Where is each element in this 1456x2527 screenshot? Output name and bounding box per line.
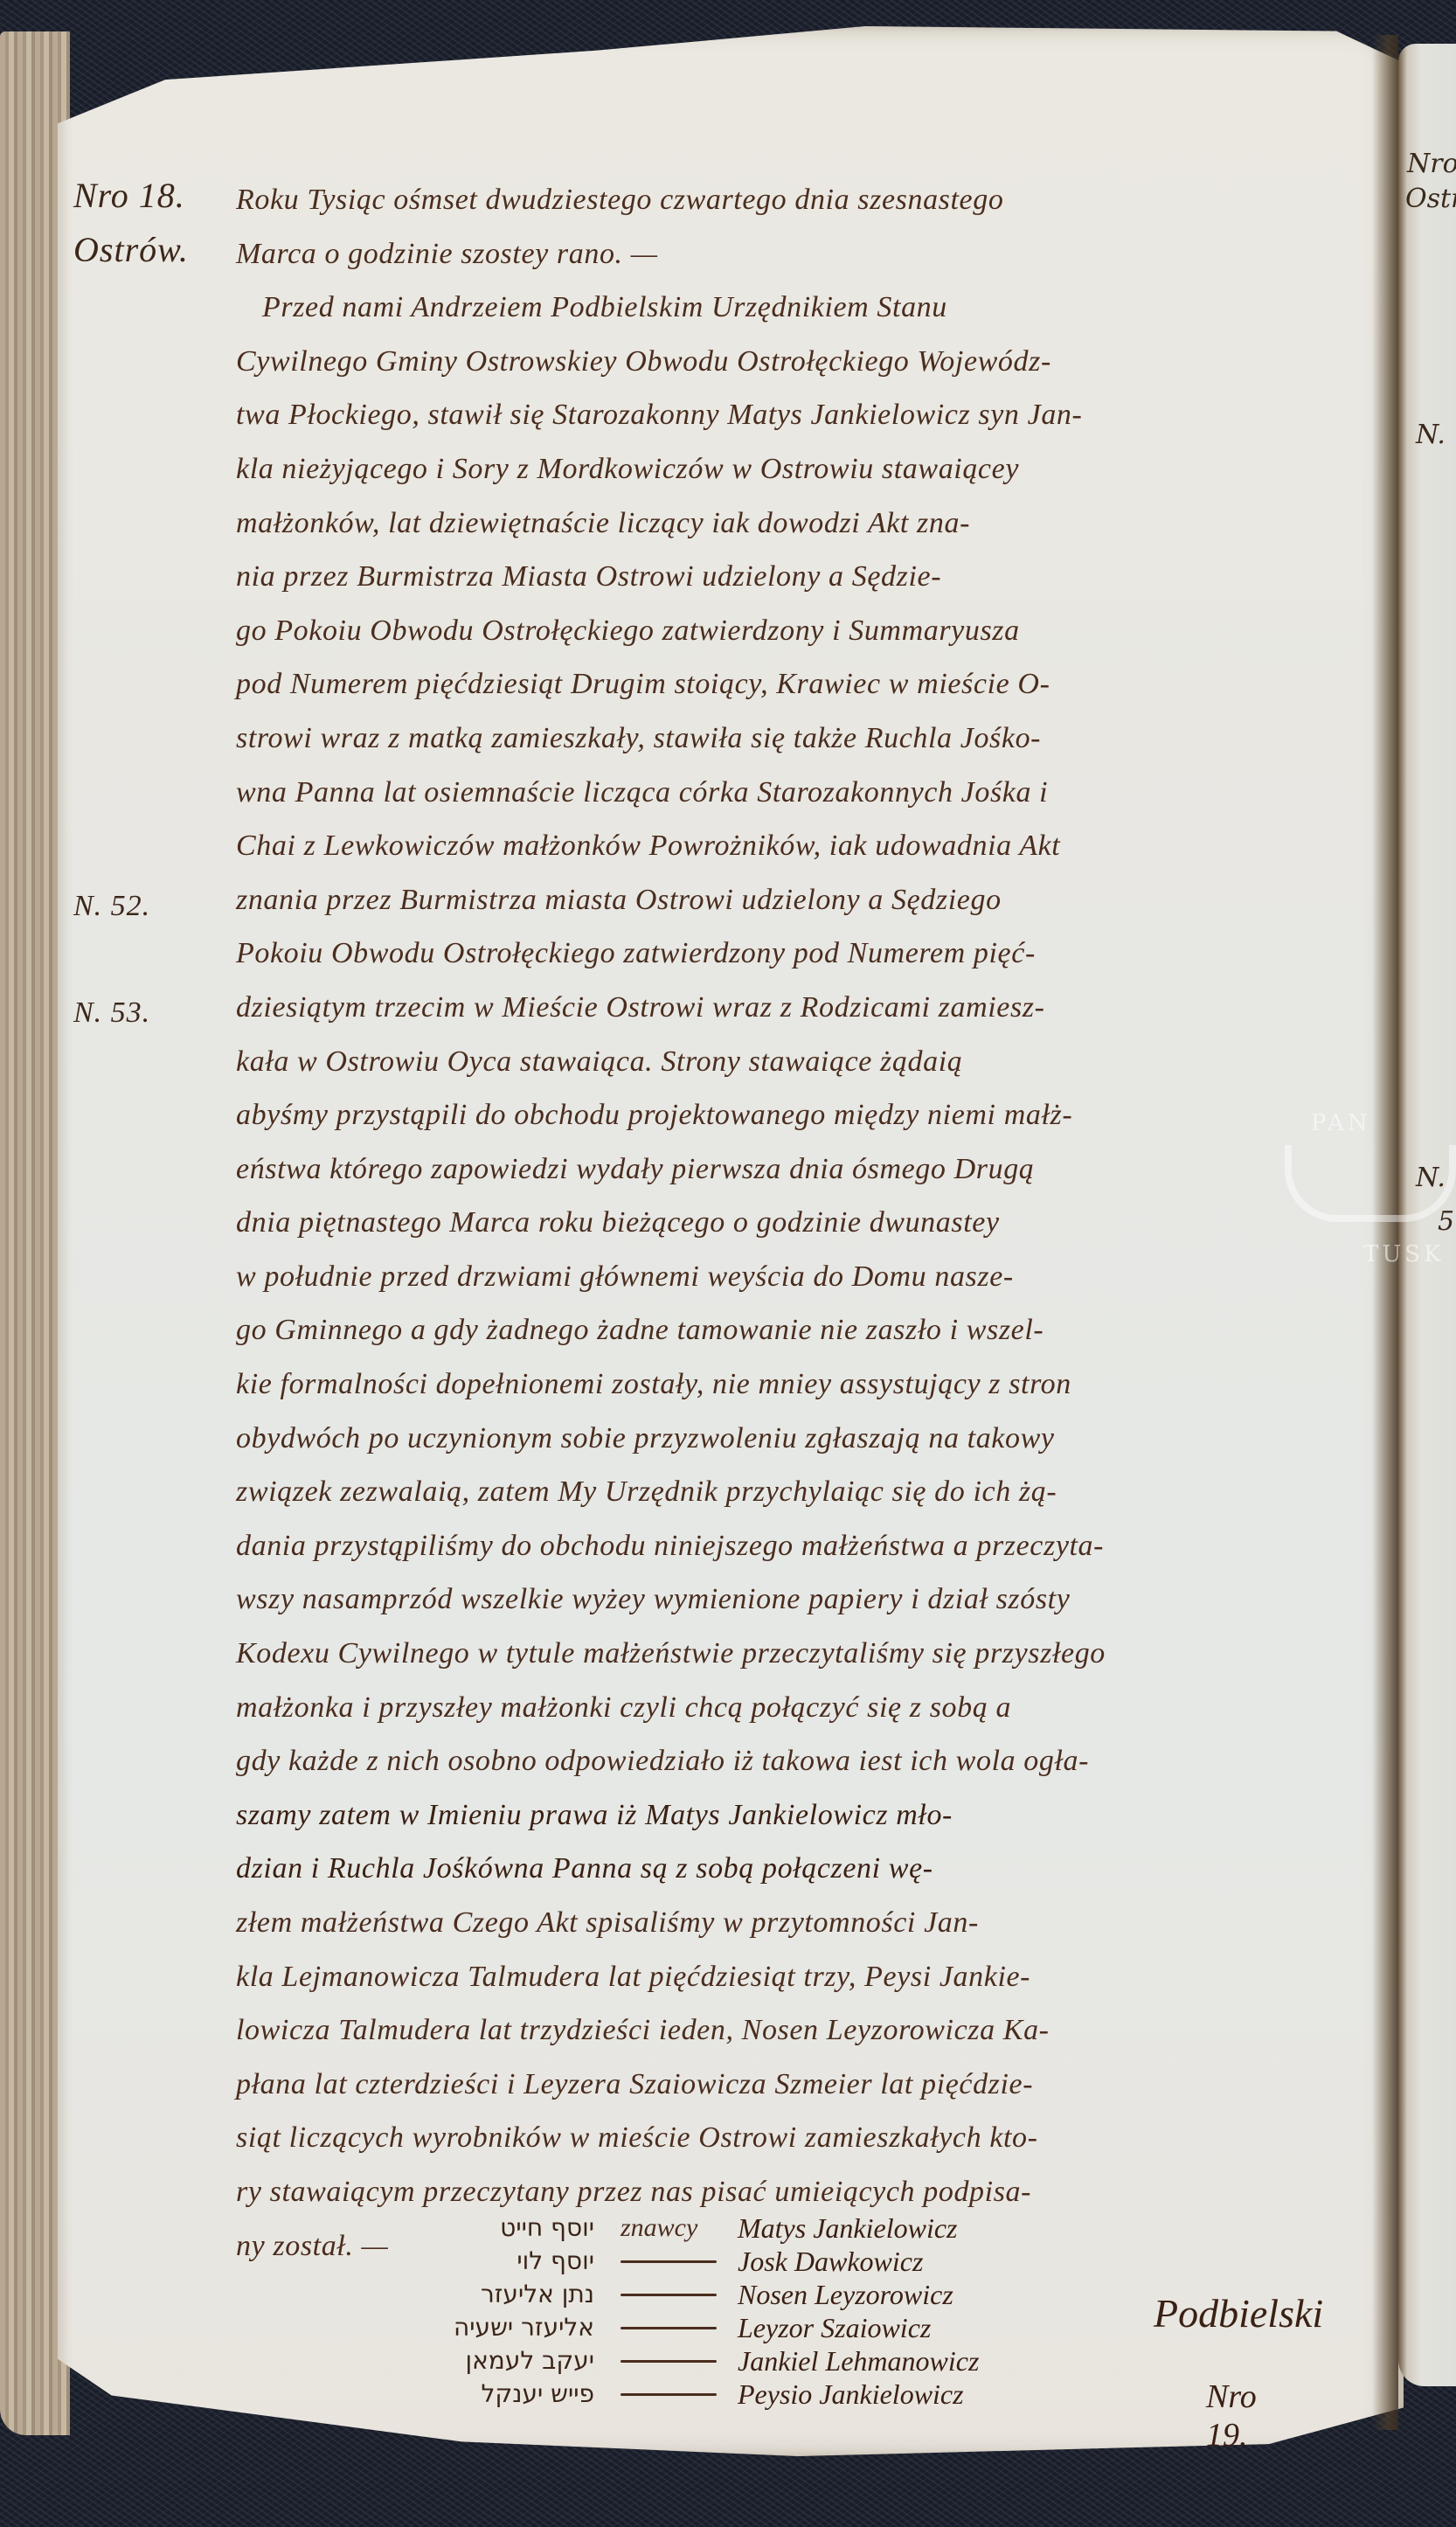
text-line: wna Panna lat osiemnaście licząca córka … (236, 766, 1381, 820)
signature-dash (621, 2327, 717, 2329)
archive-watermark: PAN TUSK (1285, 1110, 1456, 1285)
text-line: złem małżeństwa Czego Akt spisaliśmy w p… (236, 1896, 1381, 1950)
text-line: kla nieżyjącego i Sory z Mordkowiczów w … (236, 442, 1381, 496)
official-signature: Podbielski (1154, 2290, 1323, 2336)
text-line: małżonków, lat dziewiętnaście liczący ia… (236, 496, 1381, 551)
signature-row: Peysio Jankielowicz (621, 2378, 1110, 2411)
text-line: kie formalności dopełnionemi zostały, ni… (236, 1357, 1381, 1412)
hebrew-signature: נתן אליעזר (419, 2278, 594, 2311)
text-line: gdy każde z nich osobno odpowiedziało iż… (236, 1734, 1381, 1788)
text-line: eństwa którego zapowiedzi wydały pierwsz… (236, 1142, 1381, 1197)
text-line: dziesiątym trzecim w Mieście Ostrowi wra… (236, 981, 1381, 1035)
adjacent-page-note: Ostr (1405, 184, 1456, 214)
text-line: Pokoiu Obwodu Ostrołęckiego zatwierdzony… (236, 927, 1381, 981)
signature-row: Nosen Leyzorowicz (621, 2278, 1110, 2311)
text-line: abyśmy przystąpili do obchodu projektowa… (236, 1088, 1381, 1142)
text-line: lowicza Talmudera lat trzydzieści ieden,… (236, 2003, 1381, 2058)
hebrew-signature: פייש יענקל (419, 2378, 594, 2411)
text-line-emphasized: dzian i Ruchla Jośkówna Panna są z sobą … (236, 1842, 1381, 1896)
text-line: nia przez Burmistrza Miasta Ostrowi udzi… (236, 550, 1381, 604)
adjacent-page-note: N. (1416, 420, 1446, 450)
signature-dash (621, 2294, 717, 2296)
text-line: znania przez Burmistrza miasta Ostrowi u… (236, 873, 1381, 927)
reference-number: N. 53. (73, 996, 150, 1030)
signature-name: Jankiel Lehmanowicz (738, 2345, 979, 2378)
text-line: kała w Ostrowiu Oyca stawaiąca. Strony s… (236, 1035, 1381, 1089)
text-line: twa Płockiego, stawił się Starozakonny M… (236, 388, 1381, 442)
signature-dash (621, 2260, 717, 2263)
text-line: dania przystąpiliśmy do obchodu niniejsz… (236, 1519, 1381, 1573)
signature-name: Nosen Leyzorowicz (738, 2279, 953, 2311)
signature-dash (621, 2360, 717, 2363)
text-line: go Gminnego a gdy żadnego żadne tamowani… (236, 1303, 1381, 1357)
text-line: Kodexu Cywilnego w tytule małżeństwie pr… (236, 1627, 1381, 1681)
text-line: strowi wraz z matką zamieszkały, stawiła… (236, 712, 1381, 766)
text-line: Przed nami Andrzeiem Podbielskim Urzędni… (236, 281, 1381, 335)
text-line: go Pokoiu Obwodu Ostrołęckiego zatwierdz… (236, 604, 1381, 658)
text-line: Marca o godzinie szostey rano. — (236, 227, 1381, 281)
watermark-text: TUSK (1363, 1241, 1445, 1267)
text-line: płana lat czterdzieści i Leyzera Szaiowi… (236, 2058, 1381, 2112)
signature-name: Josk Dawkowicz (738, 2246, 923, 2278)
signature-row: Leyzor Szaiowicz (621, 2311, 1110, 2344)
signature-row: Josk Dawkowicz (621, 2245, 1110, 2278)
place-name: Ostrów. (73, 229, 189, 270)
hebrew-signatures: יוסף חייט יוסף לוי נתן אליעזר אליעזר ישע… (419, 2211, 594, 2411)
text-line-emphasized: szamy zatem w Imieniu prawa iż Matys Jan… (236, 1788, 1381, 1843)
text-line: pod Numerem pięćdziesiąt Drugim stoiący,… (236, 657, 1381, 712)
text-line: obydwóch po uczynionym sobie przyzwoleni… (236, 1412, 1381, 1466)
text-line: związek zezwalaią, zatem My Urzędnik prz… (236, 1465, 1381, 1519)
signature-lead-word: znawcy (621, 2213, 717, 2243)
text-line: Cywilnego Gminy Ostrowskiey Obwodu Ostro… (236, 335, 1381, 389)
text-line: dnia piętnastego Marca roku bieżącego o … (236, 1196, 1381, 1250)
signature-dash (621, 2393, 717, 2396)
next-entry-number: Nro 19. (1206, 2378, 1293, 2454)
text-line: w południe przed drzwiami głównemi weyśc… (236, 1250, 1381, 1304)
text-line: kla Lejmanowicza Talmudera lat pięćdzies… (236, 1950, 1381, 2004)
signature-name: Matys Jankielowicz (738, 2212, 957, 2245)
signature-row: Jankiel Lehmanowicz (621, 2344, 1110, 2378)
signatures-block: יוסף חייט יוסף לוי נתן אליעזר אליעזר ישע… (419, 2211, 1293, 2430)
text-line: Chai z Lewkowiczów małżonków Powrożników… (236, 819, 1381, 873)
reference-number: N. 52. (73, 890, 150, 923)
signature-name: Peysio Jankielowicz (738, 2378, 964, 2411)
hebrew-signature: יוסף חייט (419, 2211, 594, 2245)
adjacent-page-note: Nro (1407, 149, 1456, 179)
text-line: Roku Tysiąc ośmset dwudziestego czwarteg… (236, 173, 1381, 227)
entry-number: Nro 18. (73, 175, 185, 216)
text-line: małżonka i przyszłey małżonki czyli chcą… (236, 1681, 1381, 1735)
hebrew-signature: יעקב לעמאן (419, 2344, 594, 2378)
signature-row: znawcy Matys Jankielowicz (621, 2211, 1110, 2245)
text-line: wszy nasamprzód wszelkie wyżey wymienion… (236, 1572, 1381, 1627)
book-logo-icon (1285, 1145, 1456, 1222)
signature-name: Leyzor Szaiowicz (738, 2312, 931, 2344)
text-line: siąt liczących wyrobników w mieście Ostr… (236, 2111, 1381, 2165)
hebrew-signature: יוסף לוי (419, 2245, 594, 2278)
latin-signatures: znawcy Matys Jankielowicz Josk Dawkowicz… (621, 2211, 1110, 2411)
document-body: Roku Tysiąc ośmset dwudziestego czwarteg… (236, 173, 1381, 2273)
watermark-text: PAN (1311, 1110, 1371, 1136)
hebrew-signature: אליעזר ישעיה (419, 2311, 594, 2344)
